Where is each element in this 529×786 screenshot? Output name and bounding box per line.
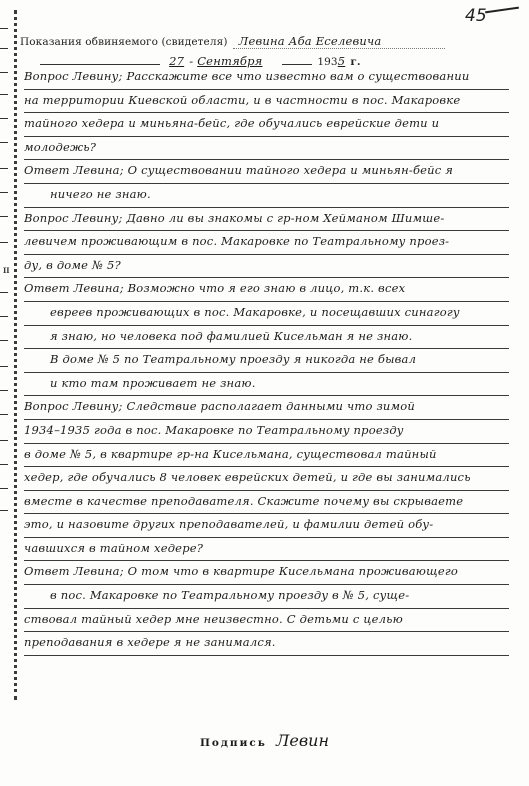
binding-tick — [0, 316, 8, 317]
binding-tick — [0, 340, 8, 341]
binding-tick — [0, 72, 8, 73]
testimony-line: хедер, где обучались 8 человек еврейских… — [24, 467, 509, 491]
binding-tick — [0, 94, 8, 95]
testimony-line: в доме № 5, в квартире гр-на Кисельмана,… — [24, 444, 509, 468]
header-line-name: Показания обвиняемого (свидетеля) Левина… — [20, 30, 445, 49]
binding-tick — [0, 464, 8, 465]
binding-tick — [0, 366, 8, 367]
testimony-line: ствовал тайный хедер мне неизвестно. С д… — [24, 609, 509, 633]
testimony-line: Вопрос Левину; Расскажите все что извест… — [24, 66, 509, 90]
testimony-line: Ответ Левина; Возможно что я его знаю в … — [24, 278, 509, 302]
testimony-line: вместе в качестве преподавателя. Скажите… — [24, 491, 509, 515]
testimony-line: Вопрос Левину; Давно ли вы знакомы с гр-… — [24, 208, 509, 232]
binding-tick — [0, 118, 8, 119]
signature-name: Левин — [276, 731, 329, 750]
binding-tick — [0, 510, 8, 511]
testimony-line: чавшихся в тайном хедере? — [24, 538, 509, 562]
testimony-line: левичем проживающим в пос. Макаровке по … — [24, 231, 509, 255]
testimony-line: это, и назовите других преподавателей, и… — [24, 514, 509, 538]
witness-name: Левина Аба Еселевича — [233, 34, 445, 49]
scanned-document-page: II 45 Показания обвиняемого (свидетеля) … — [0, 0, 529, 786]
binding-tick — [0, 192, 8, 193]
testimony-line: преподавания в хедере я не занимался. — [24, 632, 509, 656]
testimony-line: Ответ Левина; О том что в квартире Кисел… — [24, 561, 509, 585]
binding-tick — [0, 142, 8, 143]
date-blank — [40, 64, 160, 65]
testimony-line: Ответ Левина; О существовании тайного хе… — [24, 160, 509, 184]
signature-block: Подпись Левин — [200, 731, 329, 750]
testimony-line: и кто там проживает не знаю. — [24, 373, 509, 397]
testimony-line: евреев проживающих в пос. Макаровке, и п… — [24, 302, 509, 326]
binding-tick — [0, 216, 8, 217]
binding-margin: II — [0, 10, 17, 700]
binding-tick — [0, 48, 8, 49]
testimony-line: в пос. Макаровке по Театральному проезду… — [24, 585, 509, 609]
binding-mark: II — [3, 266, 10, 275]
folio-number: 45 — [465, 6, 487, 26]
signature-label: Подпись — [200, 737, 267, 749]
binding-tick — [0, 390, 8, 391]
binding-tick — [0, 242, 8, 243]
testimony-line: Вопрос Левину; Следствие располагает дан… — [24, 396, 509, 420]
binding-tick — [0, 414, 8, 415]
binding-tick — [0, 440, 8, 441]
testimony-line: В доме № 5 по Театральному проезду я ник… — [24, 349, 509, 373]
testimony-line: я знаю, но человека под фамилией Кисельм… — [24, 326, 509, 350]
testimony-line: молодежь? — [24, 137, 509, 161]
testimony-text: Вопрос Левину; Расскажите все что извест… — [24, 66, 509, 656]
binding-tick — [0, 168, 8, 169]
binding-tick — [0, 292, 8, 293]
testimony-line: 1934–1935 года в пос. Макаровке по Театр… — [24, 420, 509, 444]
testimony-line: тайного хедера и миньяна-бейс, где обуча… — [24, 113, 509, 137]
binding-tick — [0, 28, 8, 29]
folio-stroke — [485, 7, 519, 14]
testimony-line: на территории Киевской области, и в част… — [24, 90, 509, 114]
header-label: Показания обвиняемого (свидетеля) — [20, 36, 228, 48]
testimony-line: ду, в доме № 5? — [24, 255, 509, 279]
binding-tick — [0, 488, 8, 489]
testimony-line: ничего не знаю. — [24, 184, 509, 208]
